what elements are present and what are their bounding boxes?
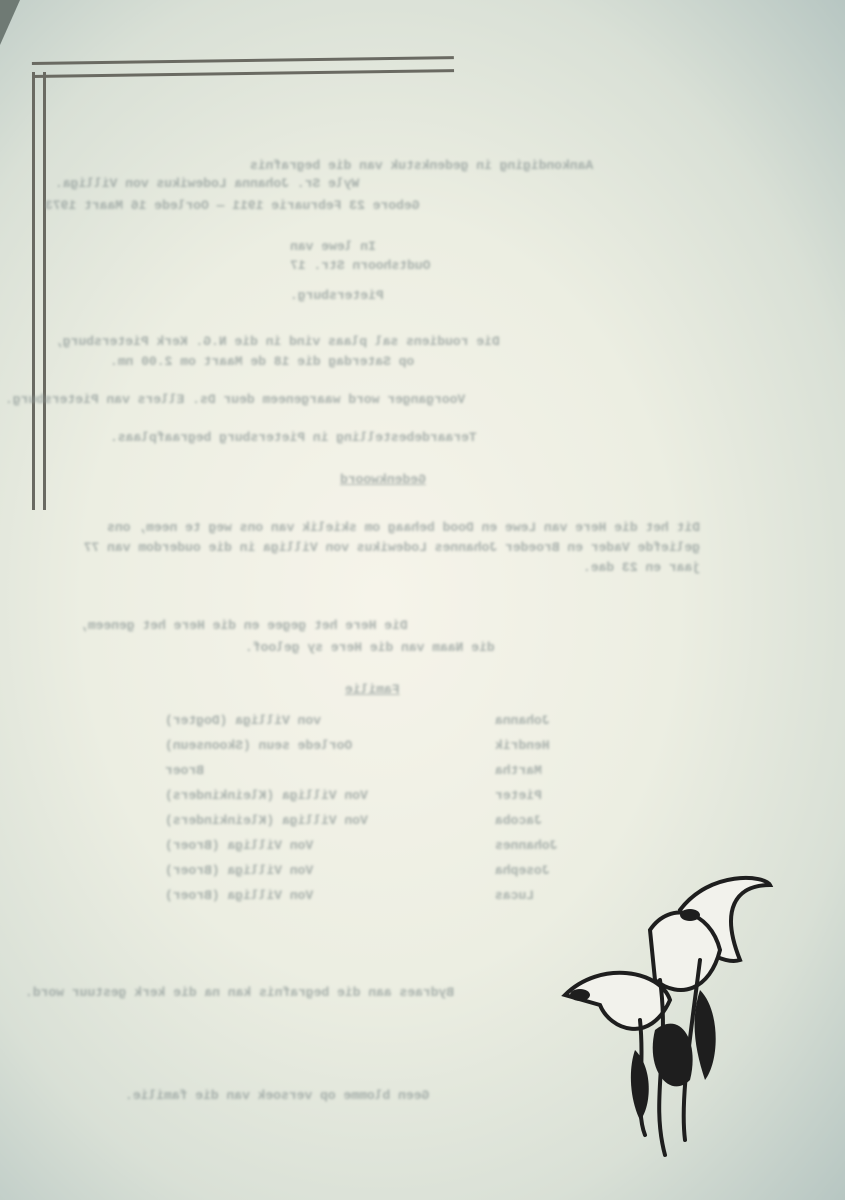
family-member-name: Lucas (495, 888, 534, 903)
family-member-name: Pieter (495, 788, 542, 803)
footer-line: Geen blomme op versoek van die familie. (125, 1088, 429, 1103)
service-line: Die roudiens sal plaas vind in die N.G. … (55, 334, 500, 349)
family-member-relation: Von Villiga (Broer) (165, 863, 313, 878)
section-heading: Gedenkwoord (340, 472, 426, 487)
family-member-name: Johannes (495, 838, 557, 853)
officiant: Voorganger word waargeneem deur Ds. Elle… (5, 392, 465, 407)
service-line: op Saterdag die 18 de Maart om 2.00 nm. (110, 354, 414, 369)
family-member-relation: von Villiga (Dogter) (165, 713, 321, 728)
family-member-name: Jacoba (495, 813, 542, 828)
family-heading: Familie (345, 682, 400, 697)
verse-line: die Naam van die Here sy geloof. (245, 640, 495, 655)
address-line: Pietersburg. (290, 288, 384, 303)
address-line: In lewe van (290, 239, 376, 254)
family-member-relation: Von Villiga (Broer) (165, 838, 313, 853)
family-member-relation: Broer (165, 763, 204, 778)
subtitle: Wyle Sr. Johanna Lodewikus von Villiga. (55, 176, 359, 191)
address-line: Oudtshoorn Str. 17 (290, 258, 430, 273)
title: Aankondiging in gedenkstuk van die begra… (250, 158, 593, 173)
family-member-name: Martha (495, 763, 542, 778)
paragraph: Dit het die Here van Lewe en Dood behaag… (60, 518, 700, 578)
family-member-name: Johanna (495, 713, 550, 728)
footer-line: Bydraes aan die begrafnis kan na die ker… (25, 985, 454, 1000)
family-member-relation: Von Villiga (Kleinkinders) (165, 788, 368, 803)
burial: Teraardebestelling in Pietersburg begraa… (110, 430, 477, 445)
dates: Gebore 23 Februarie 1911 — Oorlede 16 Ma… (45, 198, 419, 213)
family-member-name: Hendrik (495, 738, 550, 753)
family-member-relation: Von Villiga (Broer) (165, 888, 313, 903)
verse-line: Die Here het gegee en die Here het genee… (80, 618, 408, 633)
family-member-relation: Oorlede seun (Skoonseun) (165, 738, 352, 753)
calla-lily-illustration (560, 870, 775, 1160)
family-member-name: Josepha (495, 863, 550, 878)
family-member-relation: Von Villiga (Kleinkinders) (165, 813, 368, 828)
